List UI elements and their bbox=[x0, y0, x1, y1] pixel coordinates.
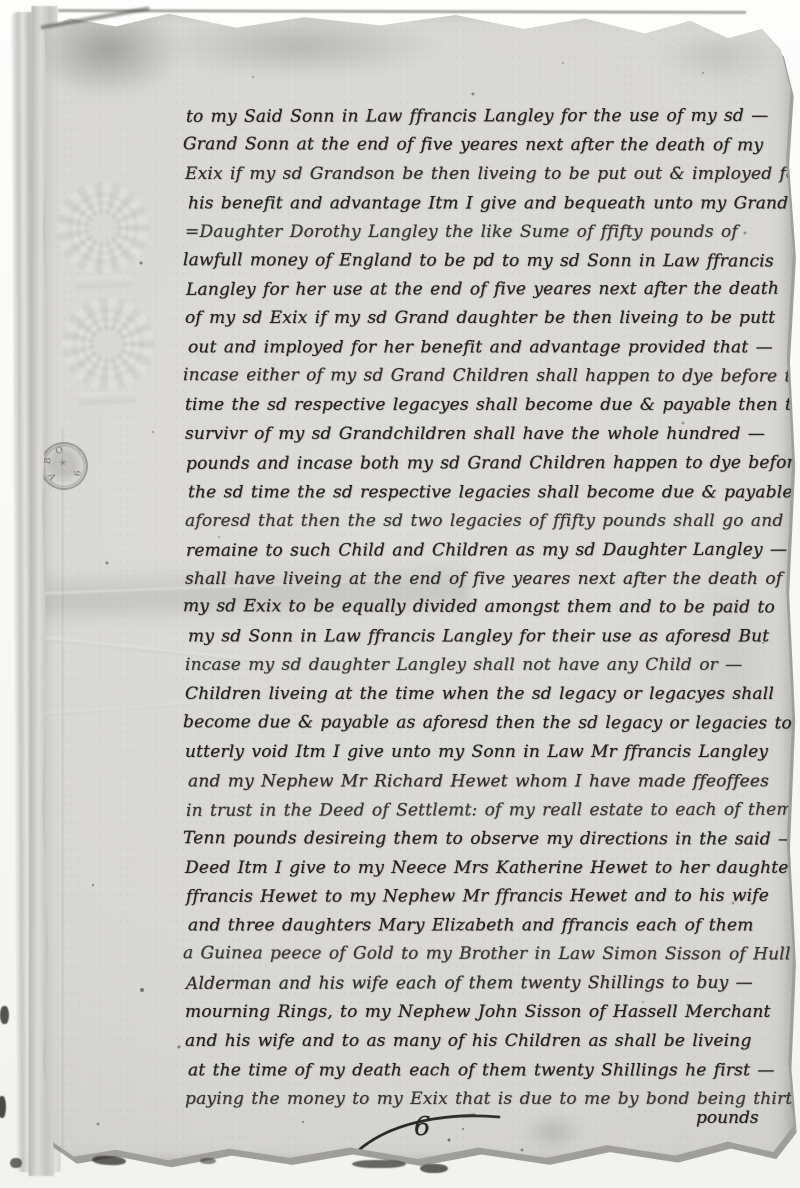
manuscript-line: and my Nephew Mr Richard Hewet whom I ha… bbox=[188, 767, 788, 796]
stamp-letter: 9 bbox=[70, 469, 81, 476]
paper-crease bbox=[62, 428, 63, 1150]
catchword: pounds bbox=[696, 1108, 759, 1128]
manuscript-line: Langley for her use at the end of five y… bbox=[186, 275, 786, 305]
manuscript-line: the sd time the sd respective legacies s… bbox=[188, 478, 788, 507]
manuscript-line: mourning Rings, to my Nephew John Sisson… bbox=[185, 998, 785, 1027]
scanned-page-background: ✳ BOA9 to my Said Sonn in Law ffrancis L… bbox=[0, 0, 800, 1188]
manuscript-line: Grand Sonn at the end of five yeares nex… bbox=[183, 130, 783, 160]
embossed-seal-bar bbox=[78, 391, 136, 405]
embossed-seal bbox=[57, 182, 149, 274]
manuscript-line: at the time of my death each of them twe… bbox=[188, 1056, 788, 1085]
paper-top-edge bbox=[58, 9, 746, 14]
paper-crease bbox=[42, 703, 192, 715]
manuscript-line: become due & payable as aforesd then the… bbox=[183, 708, 783, 738]
ink-specks bbox=[0, 0, 2, 2]
manuscript-line: utterly void Itm I give unto my Sonn in … bbox=[185, 738, 785, 767]
paper-stain bbox=[660, 30, 780, 82]
embossed-seal-bar bbox=[74, 275, 132, 289]
paper-edge-mark bbox=[352, 1160, 406, 1168]
manuscript-line: =Daughter Dorothy Langley the like Sume … bbox=[185, 218, 785, 247]
page-number: 6 bbox=[414, 1112, 431, 1142]
manuscript-text: to my Said Sonn in Law ffrancis Langley … bbox=[185, 102, 785, 1114]
manuscript-line: Tenn pounds desireing them to observe my… bbox=[183, 824, 783, 854]
manuscript-line: a Guinea peece of Gold to my Brother in … bbox=[183, 939, 783, 969]
embossed-seal bbox=[62, 298, 154, 390]
manuscript-line: in trust in the Deed of Settlemt: of my … bbox=[186, 796, 786, 826]
stamp-letter: O bbox=[54, 445, 65, 457]
paper-edge-mark bbox=[200, 1158, 216, 1164]
manuscript-line: ffrancis Hewet to my Nephew Mr ffrancis … bbox=[186, 882, 786, 912]
paper-stain bbox=[160, 14, 440, 78]
manuscript-line: Children liveing at the time when the sd… bbox=[185, 680, 785, 709]
manuscript-line: Alderman and his wife each of them twent… bbox=[186, 969, 786, 999]
stamp-letter: A bbox=[45, 472, 57, 483]
manuscript-line: Deed Itm I give to my Neece Mrs Katherin… bbox=[185, 854, 785, 883]
manuscript-line: pounds and incase both my sd Grand Child… bbox=[186, 449, 786, 479]
paper-sheet: ✳ BOA9 to my Said Sonn in Law ffrancis L… bbox=[40, 8, 796, 1166]
manuscript-line: incase either of my sd Grand Children sh… bbox=[183, 361, 783, 391]
manuscript-line: his benefit and advantage Itm I give and… bbox=[188, 189, 788, 218]
manuscript-line: survivr of my sd Grandchildren shall hav… bbox=[185, 420, 785, 449]
manuscript-line: remaine to such Child and Children as my… bbox=[186, 535, 786, 565]
paper-edge-mark bbox=[92, 1155, 126, 1166]
binding-mark bbox=[0, 1096, 6, 1118]
ink-stamp: ✳ BOA9 bbox=[40, 442, 88, 490]
manuscript-line: to my Said Sonn in Law ffrancis Langley … bbox=[186, 102, 786, 132]
manuscript-line: my sd Sonn in Law ffrancis Langley for t… bbox=[188, 623, 788, 652]
binding-mark bbox=[10, 1158, 22, 1168]
paper-edge-mark bbox=[420, 1164, 448, 1173]
manuscript-line: aforesd that then the sd two legacies of… bbox=[185, 507, 785, 536]
manuscript-line: lawfull money of England to be pd to my … bbox=[183, 246, 783, 276]
manuscript-line: incase my sd daughter Langley shall not … bbox=[185, 651, 785, 680]
paper-stain bbox=[522, 1114, 584, 1150]
manuscript-line: out and imployed for her benefit and adv… bbox=[188, 334, 788, 363]
manuscript-line: of my sd Exix if my sd Grand daughter be… bbox=[185, 304, 785, 333]
stamp-letter: B bbox=[43, 457, 54, 466]
manuscript-line: Exix if my sd Grandson be then liveing t… bbox=[185, 160, 785, 189]
manuscript-line: my sd Exix to be equally divided amongst… bbox=[183, 593, 783, 623]
binding-mark bbox=[0, 1006, 9, 1024]
manuscript-line: shall have liveing at the end of five ye… bbox=[185, 565, 785, 594]
manuscript-line: and three daughters Mary Elizabeth and f… bbox=[188, 912, 788, 941]
manuscript-line: and his wife and to as many of his Child… bbox=[185, 1027, 785, 1056]
manuscript-line: time the sd respective legacyes shall be… bbox=[185, 391, 785, 420]
